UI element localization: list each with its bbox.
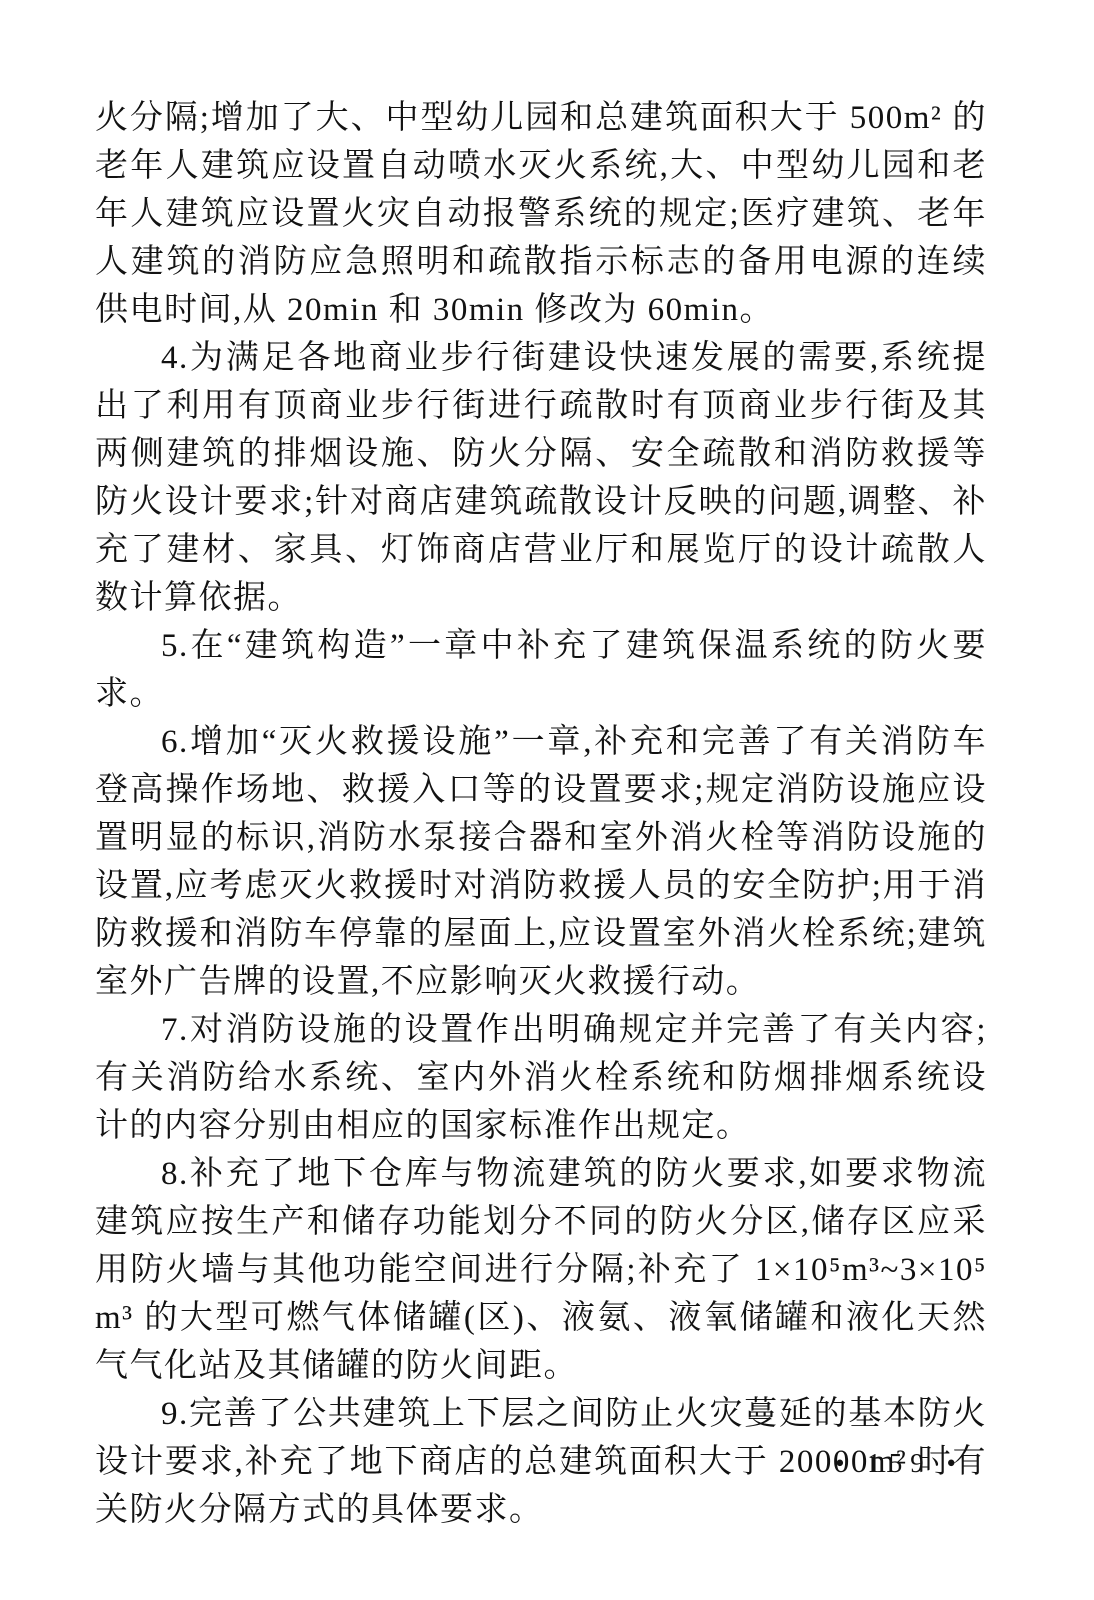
document-page: 火分隔;增加了大、中型幼儿园和总建筑面积大于 500m² 的老年人建筑应设置自动… <box>0 0 1094 1600</box>
paragraph-item-6: 6.增加“灭火救援设施”一章,补充和完善了有关消防车登高操作场地、救援入口等的设… <box>95 718 987 1006</box>
body-text: 火分隔;增加了大、中型幼儿园和总建筑面积大于 500m² 的老年人建筑应设置自动… <box>95 94 987 1534</box>
paragraph-item-7: 7.对消防设施的设置作出明确规定并完善了有关内容;有关消防给水系统、室内外消火栓… <box>95 1006 987 1150</box>
paragraph-item-8: 8.补充了地下仓库与物流建筑的防火要求,如要求物流建筑应按生产和储存功能划分不同… <box>95 1150 987 1390</box>
page-number: • 159 • <box>835 1448 964 1479</box>
paragraph-continuation: 火分隔;增加了大、中型幼儿园和总建筑面积大于 500m² 的老年人建筑应设置自动… <box>95 94 987 334</box>
paragraph-item-5: 5.在“建筑构造”一章中补充了建筑保温系统的防火要求。 <box>95 622 987 718</box>
paragraph-item-4: 4.为满足各地商业步行街建设快速发展的需要,系统提出了利用有顶商业步行街进行疏散… <box>95 334 987 622</box>
